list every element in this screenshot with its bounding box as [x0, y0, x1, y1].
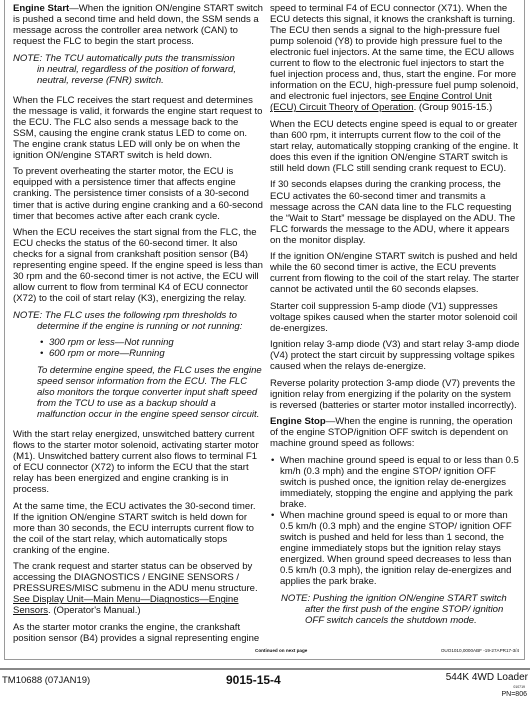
- pn-number: PN=806: [502, 691, 528, 698]
- rpm-threshold-list: 300 rpm or less—Not running 600 rpm or m…: [13, 337, 263, 359]
- engine-stop-list: When machine ground speed is equal to or…: [270, 455, 520, 588]
- right-column: speed to terminal F4 of ECU connector (X…: [270, 3, 520, 631]
- note-shutdown: NOTE: Pushing the ignition ON/engine STA…: [270, 593, 520, 626]
- engine-stop-paragraph: Engine Stop—When the engine is running, …: [270, 416, 520, 449]
- note-engine-speed: To determine engine speed, the FLC uses …: [13, 365, 263, 420]
- list-item: 300 rpm or less—Not running: [13, 337, 263, 348]
- paragraph: If 30 seconds elapses during the crankin…: [270, 179, 520, 245]
- paragraph: Reverse polarity protection 3-amp diode …: [270, 378, 520, 411]
- list-item: When machine ground speed is equal to or…: [270, 455, 520, 510]
- paragraph: As the starter motor cranks the engine, …: [13, 622, 263, 644]
- date-code: 010719: [513, 685, 525, 689]
- engine-start-paragraph: Engine Start—When the ignition ON/engine…: [13, 3, 263, 47]
- footer-divider: [0, 668, 530, 670]
- paragraph: When the FLC receives the start request …: [13, 95, 263, 161]
- paragraph: With the start relay energized, unswitch…: [13, 429, 263, 495]
- paragraph: If the ignition ON/engine START switch i…: [270, 251, 520, 295]
- paragraph: The crank request and starter status can…: [13, 561, 263, 616]
- engine-stop-heading: Engine Stop: [270, 416, 326, 427]
- left-column: Engine Start—When the ignition ON/engine…: [13, 3, 263, 649]
- list-item: When machine ground speed is equal to or…: [270, 510, 520, 587]
- note-rpm-thresholds: NOTE: The FLC uses the following rpm thr…: [13, 310, 263, 332]
- continued-label: Continued on next page: [255, 648, 307, 653]
- paragraph: To prevent overheating the starter motor…: [13, 166, 263, 221]
- note-transmission: NOTE: The TCU automatically puts the tra…: [13, 53, 263, 86]
- paragraph: When the ECU detects engine speed is equ…: [270, 119, 520, 174]
- manual-id: TM10688 (07JAN19): [2, 675, 90, 686]
- paragraph: When the ECU receives the start signal f…: [13, 227, 263, 304]
- paragraph: Starter coil suppression 5-amp diode (V1…: [270, 301, 520, 334]
- list-item: 600 rpm or more—Running: [13, 348, 263, 359]
- paragraph: speed to terminal F4 of ECU connector (X…: [270, 3, 520, 113]
- model-name: 544K 4WD Loader: [446, 672, 528, 683]
- engine-start-heading: Engine Start: [13, 3, 69, 14]
- paragraph: At the same time, the ECU activates the …: [13, 501, 263, 556]
- document-code: OUO1010,0000ABF -19-27APR17-3/4: [441, 648, 519, 653]
- page-number: 9015-15-4: [226, 673, 281, 687]
- paragraph: Ignition relay 3-amp diode (V3) and star…: [270, 339, 520, 372]
